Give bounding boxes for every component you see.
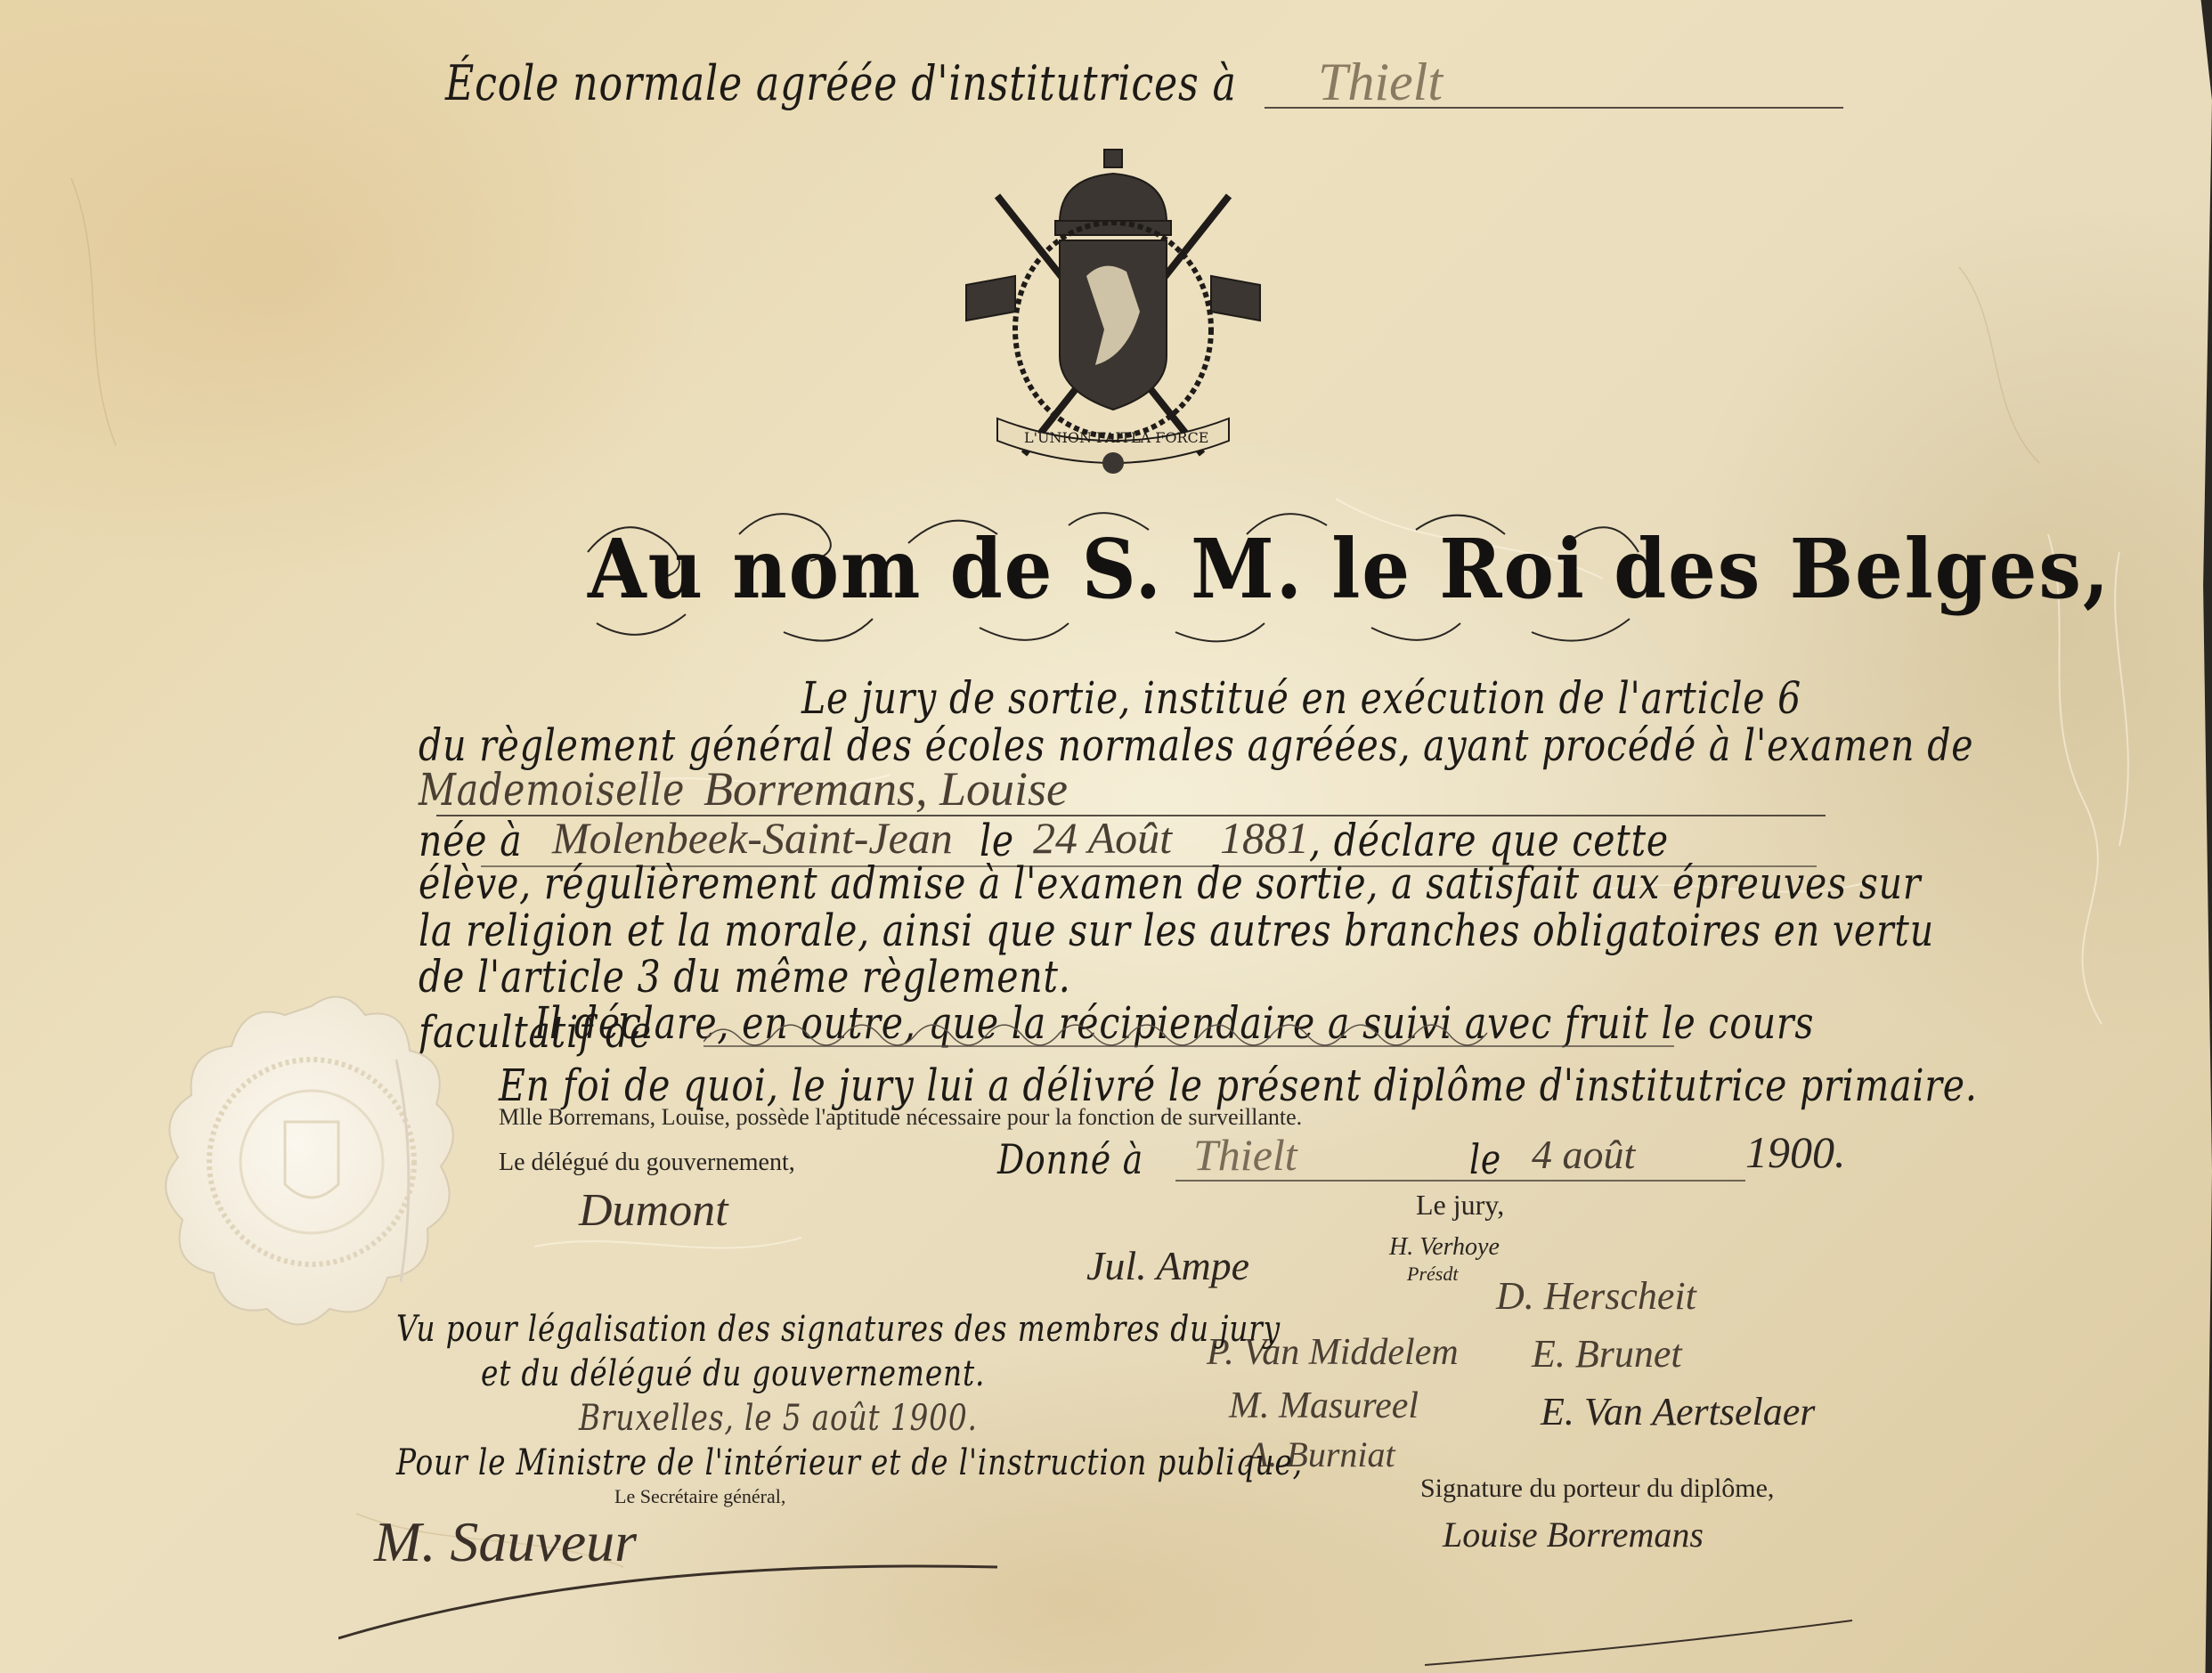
embossed-paper-seal-icon: [151, 988, 472, 1344]
motto-right: LA FORCE: [1131, 429, 1208, 446]
diploma-sheet: École normale agréée d'institutrices à T…: [0, 0, 2212, 1673]
bearer-signature: Louise Borremans: [1443, 1514, 1704, 1555]
given-place: Thielt: [1193, 1129, 1297, 1181]
bearer-label: Signature du porteur du diplôme,: [1420, 1474, 1774, 1504]
school-line: École normale agréée d'institutrices à: [445, 55, 1237, 111]
surveillance-annotation: Mlle Borremans, Louise, possède l'aptitu…: [499, 1104, 1302, 1131]
birth-date: 24 Août: [1033, 812, 1172, 864]
bearer-underline-flourish-icon: [1425, 1567, 1870, 1673]
school-place-rule: [1265, 107, 1843, 109]
given-rule: [1175, 1180, 1745, 1182]
birth-year: 1881: [1220, 812, 1309, 864]
given-prefix: Donné à: [997, 1135, 1143, 1183]
body-line-1: Le jury de sortie, institué en exécution…: [801, 672, 1801, 724]
belgian-coat-of-arms-icon: L'UNION FAIT LA FORCE: [962, 142, 1265, 481]
legalisation-line-2: et du délégué du gouvernement.: [481, 1353, 985, 1394]
page-title: Au nom de S. M. le Roi des Belges,: [588, 521, 2110, 617]
body-line-3-prefix: Mademoiselle: [419, 764, 685, 816]
body-line-5: élève, régulièrement admise à l'examen d…: [419, 857, 1921, 909]
body-line-8: Il déclare, en outre, que la récipiendai…: [534, 997, 1814, 1049]
jury-member-5: M. Masureel: [1229, 1385, 1419, 1427]
jury-president: H. Verhoye: [1389, 1233, 1500, 1262]
given-date: 4 août: [1532, 1131, 1635, 1178]
birthplace: Molenbeek-Saint-Jean: [552, 812, 953, 864]
given-le: le: [1469, 1135, 1501, 1183]
body-line-6: la religion et la morale, ainsi que sur …: [419, 905, 1934, 956]
body-line-7: de l'article 3 du même règlement.: [419, 951, 1071, 1003]
legalisation-place-date: Bruxelles, le 5 août 1900.: [579, 1398, 978, 1439]
jury-president-title: Présdt: [1407, 1263, 1458, 1286]
delegate-signature: Dumont: [579, 1184, 728, 1237]
jury-member-2: D. Herscheit: [1496, 1273, 1696, 1319]
secretary-label: Le Secrétaire général,: [614, 1485, 785, 1508]
legalisation-line-1: Vu pour légalisation des signatures des …: [396, 1309, 1281, 1350]
candidate-name: Borremans, Louise: [703, 761, 1068, 816]
secretary-signature: M. Sauveur: [374, 1509, 637, 1575]
school-place: Thielt: [1318, 52, 1443, 113]
jury-member-4: E. Brunet: [1532, 1331, 1682, 1377]
given-year: 1900.: [1745, 1126, 1846, 1178]
delegate-label: Le délégué du gouvernement,: [499, 1149, 795, 1177]
motto-left: L'UNION FAIT: [1024, 429, 1131, 446]
jury-member-6: E. Van Aertselaer: [1541, 1389, 1815, 1434]
jury-label: Le jury,: [1416, 1189, 1504, 1222]
jury-member-1: Jul. Ampe: [1086, 1242, 1249, 1289]
legalisation-minister: Pour le Ministre de l'intérieur et de l'…: [396, 1442, 1303, 1483]
